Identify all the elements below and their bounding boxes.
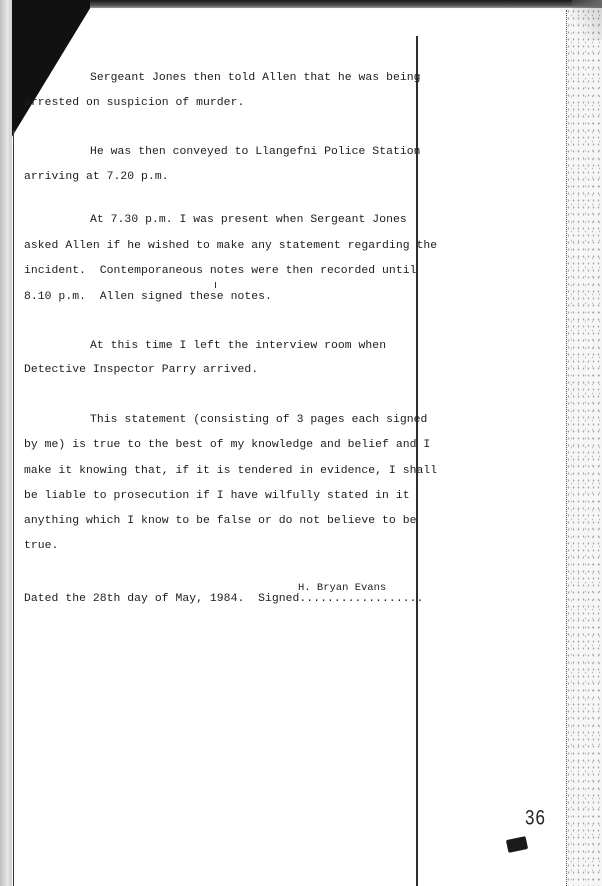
statement-line: arrested on suspicion of murder. <box>24 91 244 115</box>
statement-line: He was then conveyed to Llangefni Police… <box>24 140 421 164</box>
page-number: 36 <box>525 806 546 831</box>
statement-line: asked Allen if he wished to make any sta… <box>24 234 437 258</box>
right-margin-speckle <box>566 8 602 886</box>
statement-line: This statement (consisting of 3 pages ea… <box>24 408 427 432</box>
statement-line: Sergeant Jones then told Allen that he w… <box>24 66 421 90</box>
correction-mark <box>215 282 216 288</box>
statement-line: At this time I left the interview room w… <box>24 334 386 358</box>
statement-line: by me) is true to the best of my knowled… <box>24 433 430 457</box>
statement-line: At 7.30 p.m. I was present when Sergeant… <box>24 208 407 232</box>
statement-line: make it knowing that, if it is tendered … <box>24 459 437 483</box>
signature-name: H. Bryan Evans <box>298 582 386 594</box>
left-margin-rule <box>13 130 14 886</box>
scanned-page: Sergeant Jones then told Allen that he w… <box>0 0 602 886</box>
binding-strip <box>0 0 12 886</box>
statement-line: be liable to prosecution if I have wilfu… <box>24 484 410 508</box>
scan-top-edge <box>0 0 602 8</box>
statement-line: arriving at 7.20 p.m. <box>24 165 169 189</box>
statement-line: true. <box>24 534 58 558</box>
statement-line: Detective Inspector Parry arrived. <box>24 358 258 382</box>
statement-line: anything which I know to be false or do … <box>24 509 416 533</box>
statement-line: incident. Contemporaneous notes were the… <box>24 259 416 283</box>
right-margin-perforation <box>566 10 567 886</box>
statement-line: 8.10 p.m. Allen signed these notes. <box>24 285 272 309</box>
